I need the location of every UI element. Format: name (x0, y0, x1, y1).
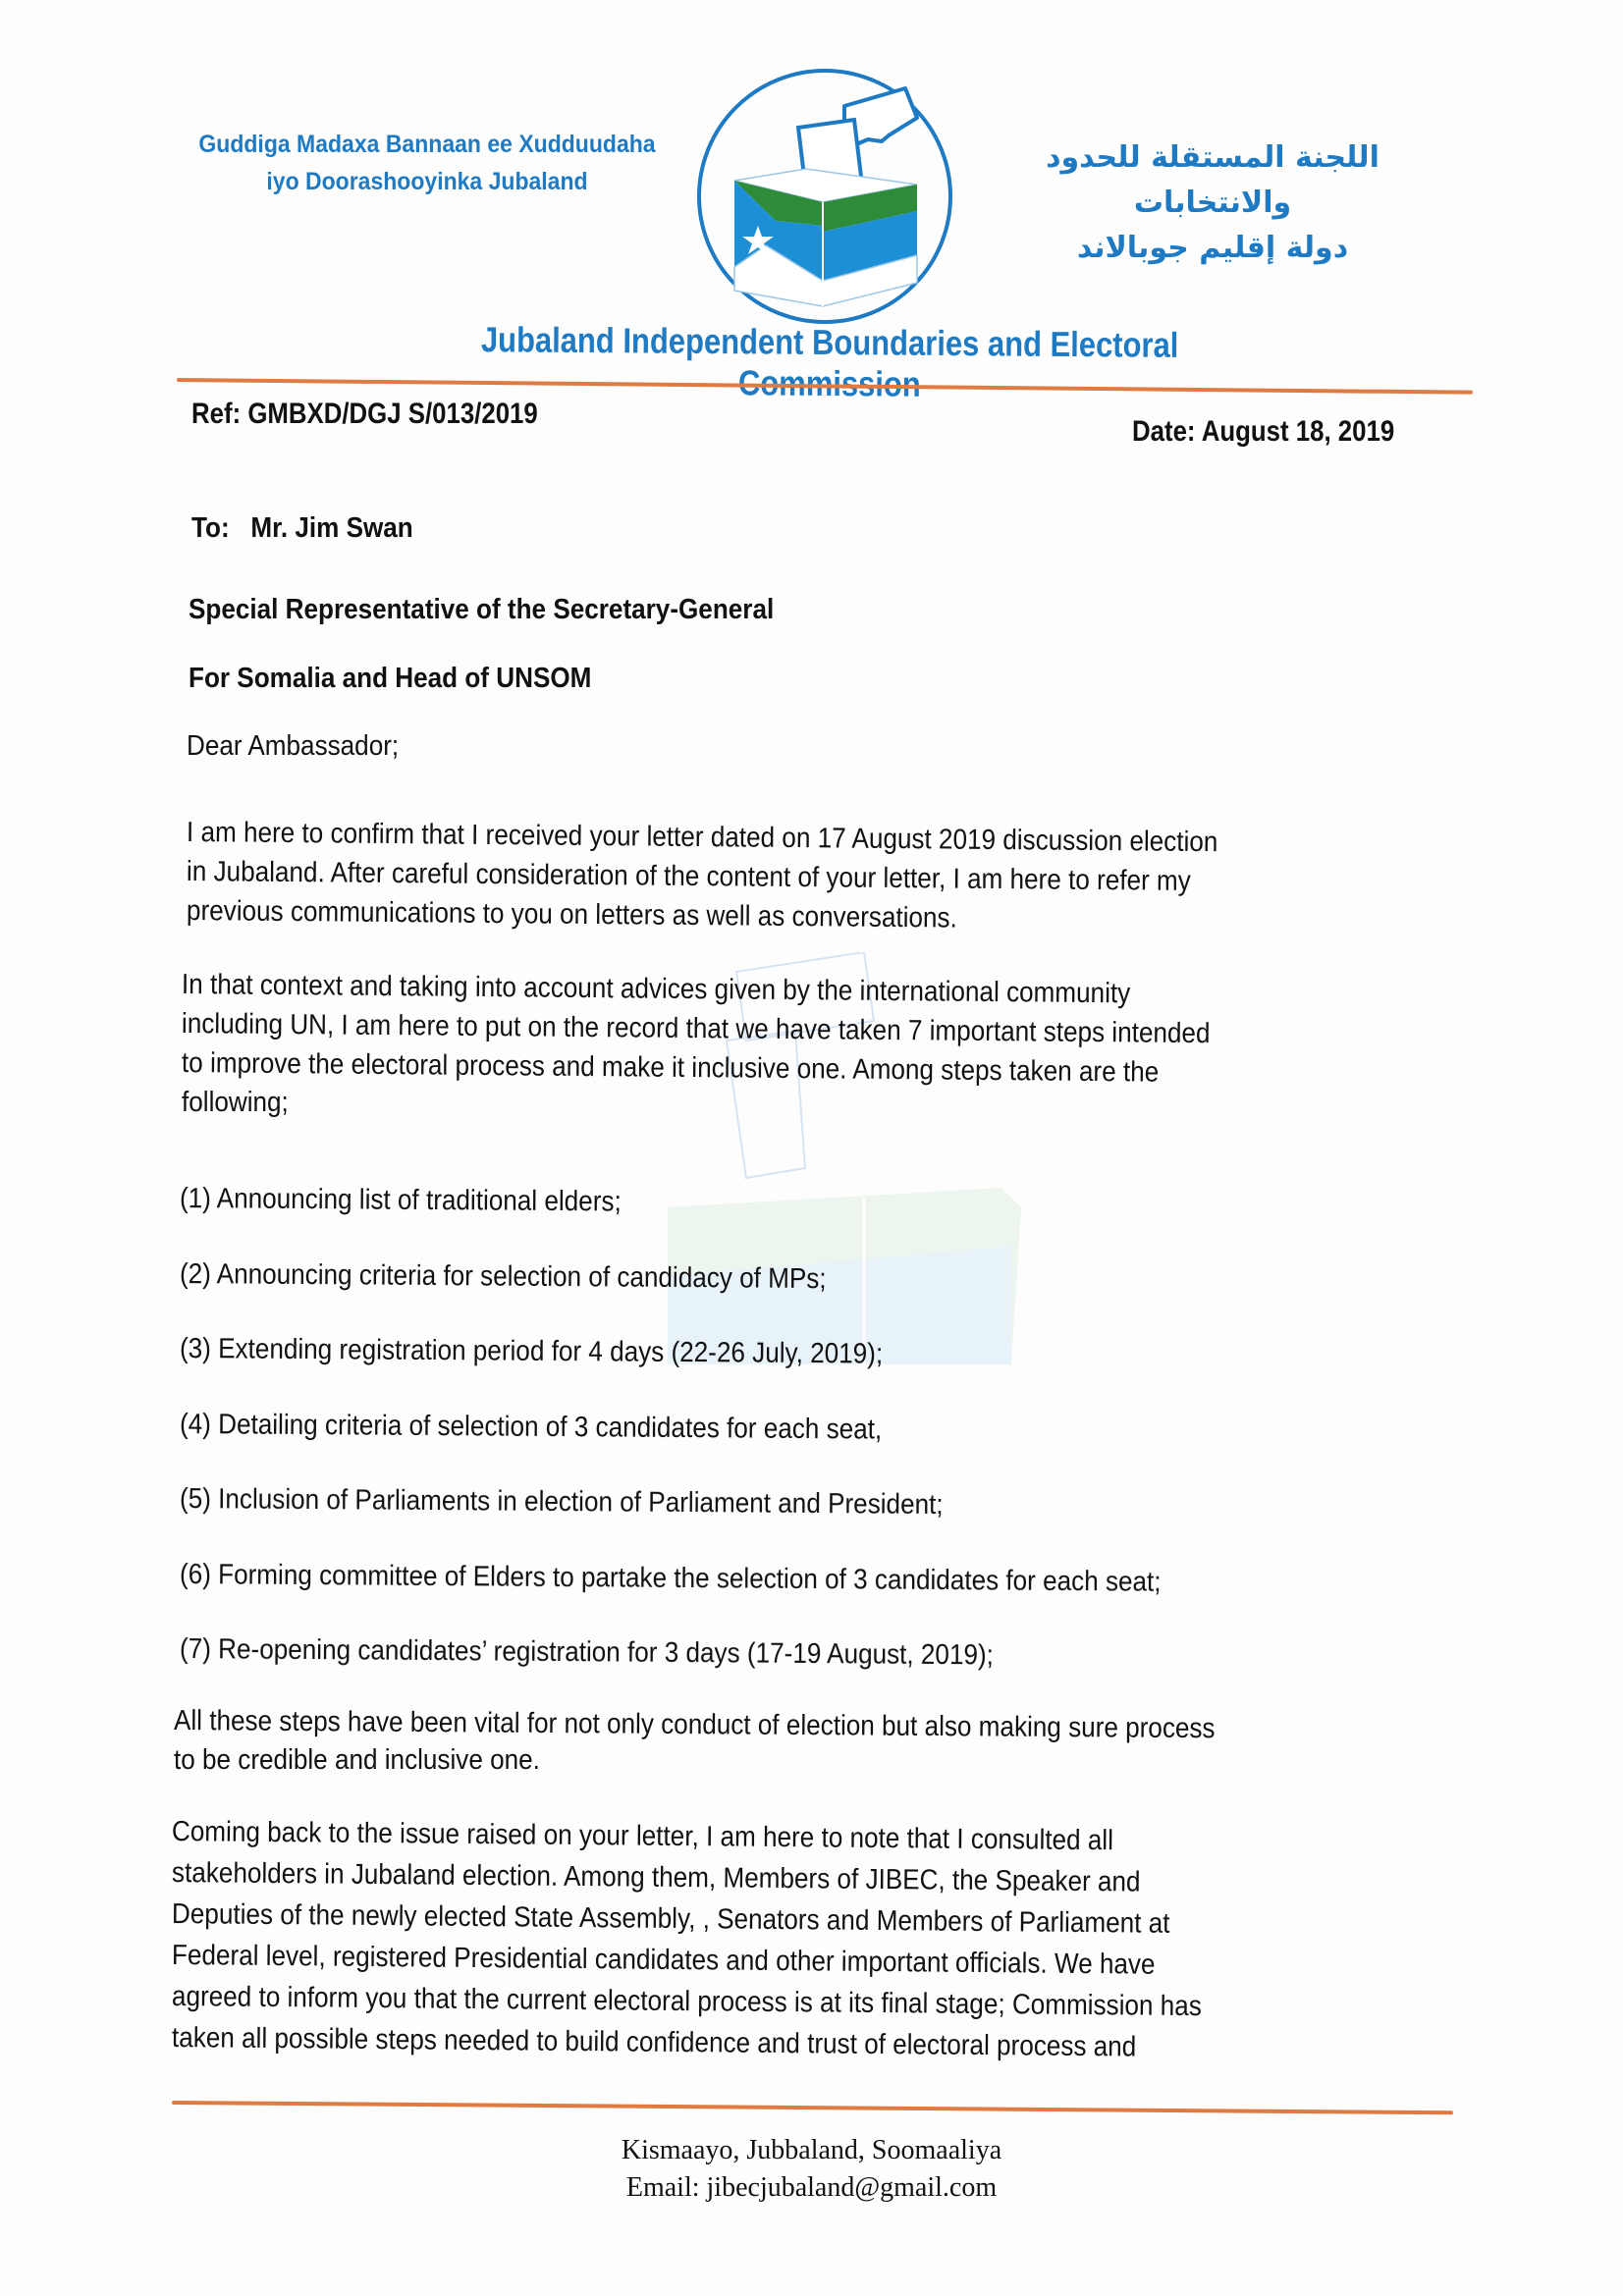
list-item: (5) Inclusion of Parliaments in election… (180, 1481, 944, 1524)
footer-address: Kismaayo, Jubbaland, Soomaaliya (0, 2135, 1623, 2166)
somali-name-line2: iyo Doorashooyinka Jubaland (192, 163, 662, 200)
recipient-title-line1: Special Representative of the Secretary-… (189, 592, 774, 629)
to-label: To: (191, 512, 230, 544)
recipient-title-line2: For Somalia and Head of UNSOM (189, 661, 591, 698)
list-item: (7) Re-opening candidates’ registration … (180, 1631, 994, 1675)
arabic-name-line2: دولة إقليم جوبالاند (972, 226, 1453, 271)
ballot-box-flag-logo-icon (687, 59, 962, 334)
salutation: Dear Ambassador; (187, 728, 399, 766)
list-item: (3) Extending registration period for 4 … (180, 1331, 883, 1373)
recipient-name: Mr. Jim Swan (250, 512, 412, 544)
organization-title: Jubaland Independent Boundaries and Elec… (428, 319, 1230, 408)
letterhead-arabic-name: اللجنة المستقلة للحدود والانتخابات دولة … (972, 135, 1453, 271)
footer-divider (172, 2101, 1453, 2114)
list-item: (1) Announcing list of traditional elder… (180, 1181, 622, 1221)
somali-name-line1: Guddiga Madaxa Bannaan ee Xudduudaha (192, 126, 662, 163)
recipient-line: To: Mr. Jim Swan (191, 510, 413, 548)
list-item: (6) Forming committee of Elders to parta… (180, 1557, 1162, 1601)
reference-number: Ref: GMBXD/DGJ S/013/2019 (191, 398, 538, 431)
letter-date: Date: August 18, 2019 (1132, 415, 1394, 449)
letterhead-somali-name: Guddiga Madaxa Bannaan ee Xudduudaha iyo… (192, 126, 662, 200)
list-item: (2) Announcing criteria for selection of… (180, 1256, 827, 1299)
arabic-name-line1: اللجنة المستقلة للحدود والانتخابات (972, 135, 1453, 226)
list-item: (4) Detailing criteria of selection of 3… (180, 1407, 882, 1449)
footer-email[interactable]: Email: jibecjubaland@gmail.com (0, 2172, 1623, 2204)
